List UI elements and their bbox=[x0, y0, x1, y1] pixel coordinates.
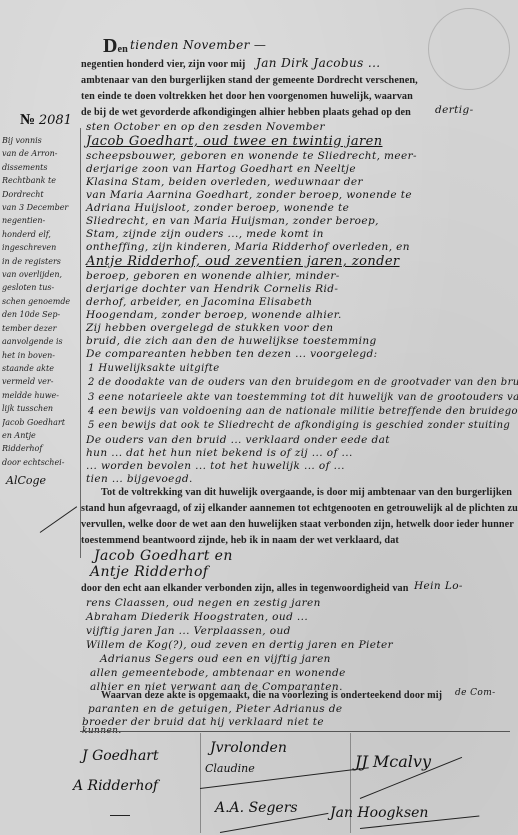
body-line: derhof, arbeider, en Jacomina Elisabeth bbox=[86, 296, 312, 308]
opening-line: Den bbox=[103, 35, 128, 58]
margin-line: het in boven- bbox=[2, 349, 78, 362]
declaration-line: tien ... bijgevoegd. bbox=[86, 473, 193, 485]
margin-line: en Antje bbox=[2, 429, 78, 442]
margin-line: dissements bbox=[2, 161, 78, 174]
witness-line: rens Claassen, oud negen en zestig jaren bbox=[86, 597, 321, 609]
margin-line: van de Arron- bbox=[2, 147, 78, 160]
declaration-line: hun ... dat het hun niet bekend is of zi… bbox=[86, 447, 353, 459]
body-line: beroep, geboren en wonende alhier, minde… bbox=[86, 270, 340, 282]
act-number-value: 2081 bbox=[39, 113, 72, 128]
body-line: Hoogendam, zonder beroep, wonende alhier… bbox=[86, 309, 342, 321]
item-number: 4 bbox=[88, 406, 95, 417]
header-line-4-hand: dertig- bbox=[435, 104, 474, 116]
body-line: scheepsbouwer, geboren en wonende te Sli… bbox=[86, 150, 417, 162]
margin-line: den 10de Sep- bbox=[2, 308, 78, 321]
item-1: 1 Huwelijksakte uitgifte bbox=[88, 363, 220, 374]
margin-line: staande akte bbox=[2, 362, 78, 375]
signature-witness-1-sub: Claudine bbox=[205, 762, 255, 775]
item-number: 5 bbox=[88, 420, 95, 431]
margin-line: aanvolgende is bbox=[2, 335, 78, 348]
body-line: Stam, zijnde zijn ouders ..., mede komt … bbox=[86, 228, 324, 240]
body-line: ontheffing, zijn kinderen, Maria Ridderh… bbox=[86, 241, 410, 253]
margin-line: Ridderhof bbox=[2, 442, 78, 455]
margin-line: Rechtbank te bbox=[2, 174, 78, 187]
witness-line: allen gemeentebode, ambtenaar en wonende bbox=[90, 667, 346, 679]
margin-line: vermeld ver- bbox=[2, 375, 78, 388]
margin-line: meldde huwe- bbox=[2, 389, 78, 402]
opening-rest: en bbox=[118, 44, 128, 55]
ceremony-line-1: Tot de voltrekking van dit huwelijk over… bbox=[101, 487, 512, 498]
margin-line: door echtschei- bbox=[2, 456, 78, 469]
date-handwritten: tienden November — bbox=[130, 38, 266, 52]
body-line: derjarige zoon van Hartog Goedhart en Ne… bbox=[86, 163, 356, 175]
margin-line: Bij vonnis bbox=[2, 134, 78, 147]
document-page: Den tienden November — negentien honderd… bbox=[0, 0, 518, 835]
body-line: sten October en op den zesden November bbox=[86, 121, 325, 133]
body-line-bride: Antje Ridderhof, oud zeventien jaren, zo… bbox=[86, 254, 400, 269]
opening-initial: D bbox=[103, 35, 118, 57]
declaration-line: De ouders van den bruid ... verklaard on… bbox=[86, 434, 390, 446]
ceremony-line-2: stand hun afgevraagd, of zij elkander aa… bbox=[81, 503, 518, 514]
signature-bride: A Ridderhof bbox=[73, 778, 158, 794]
item-number: 2 bbox=[88, 377, 95, 388]
margin-line: Dordrecht bbox=[2, 188, 78, 201]
ceremony-line-4: toestemmend beantwoord zijnde, heb ik in… bbox=[81, 535, 399, 546]
act-number-prefix: № bbox=[20, 112, 35, 128]
body-line: van Maria Aarnina Goedhart, zonder beroe… bbox=[86, 189, 412, 201]
item-text: Huwelijksakte uitgifte bbox=[98, 363, 219, 374]
item-text: eene notarieele akte van toestemming tot… bbox=[98, 392, 518, 403]
header-line-4: de bij de wet gevorderde afkondigingen a… bbox=[81, 107, 411, 118]
margin-signature: AlCoge bbox=[6, 474, 46, 487]
groom-name: Jacob Goedhart en bbox=[94, 548, 233, 564]
item-3: 3 eene notarieele akte van toestemming t… bbox=[88, 392, 518, 403]
witness-intro-hand: Hein Lo- bbox=[414, 580, 463, 592]
margin-line: van 3 December bbox=[2, 201, 78, 214]
item-5: 5 een bewijs dat ook te Sliedrecht de af… bbox=[88, 420, 510, 431]
declaration-line: ... worden bevolen ... tot het huwelijk … bbox=[86, 460, 345, 472]
signature-groom: J Goedhart bbox=[82, 748, 159, 764]
witness-line: Willem de Kog(?), oud zeven en dertig ja… bbox=[86, 639, 393, 651]
signature-column-divider bbox=[200, 733, 201, 833]
witness-line: vijftig jaren Jan ... Verplaassen, oud bbox=[86, 625, 291, 637]
closing-line-hand: de Com- bbox=[455, 688, 496, 698]
header-line-3: ten einde te doen voltrekken het door he… bbox=[81, 91, 413, 102]
item-number: 1 bbox=[88, 363, 95, 374]
ceremony-line-3: vervullen, welke door de wet aan den huw… bbox=[81, 519, 514, 530]
margin-line: lijk tusschen bbox=[2, 402, 78, 415]
signature-witness-1: Jvrolonden bbox=[210, 740, 287, 756]
margin-annotation: Bij vonnis van de Arron- dissements Rech… bbox=[2, 134, 78, 474]
item-4: 4 een bewijs van voldoening aan de natio… bbox=[88, 406, 518, 417]
margin-rule bbox=[80, 128, 81, 558]
margin-line: van overlijden, bbox=[2, 268, 78, 281]
header-line-2: ambtenaar van den burgerlijken stand der… bbox=[81, 75, 418, 86]
body-line: Klasina Stam, beiden overleden, weduwnaa… bbox=[86, 176, 363, 188]
bride-name: Antje Ridderhof bbox=[90, 564, 208, 580]
body-line: Sliedrecht, en van Maria Huijsman, zonde… bbox=[86, 215, 379, 227]
signature-witness-3: A.A. Segers bbox=[215, 800, 298, 816]
margin-line: Jacob Goedhart bbox=[2, 416, 78, 429]
body-line: Adriana Huijsloot, zonder beroep, wonend… bbox=[86, 202, 349, 214]
witness-line: Abraham Diederik Hoogstraten, oud ... bbox=[86, 611, 308, 623]
closing-line: Waarvan deze akte is opgemaakt, die na v… bbox=[101, 690, 442, 701]
margin-line: schen genoemde bbox=[2, 295, 78, 308]
item-number: 3 bbox=[88, 392, 95, 403]
item-text: een bewijs van voldoening aan de nationa… bbox=[98, 406, 518, 417]
closing-hand-line: paranten en de getuigen, Pieter Adrianus… bbox=[88, 703, 343, 715]
body-line: bruid, die zich aan den de huwelijkse to… bbox=[86, 335, 377, 347]
official-name: Jan Dirk Jacobus ... bbox=[256, 56, 381, 70]
body-line: Zij hebben overgelegd de stukken voor de… bbox=[86, 322, 333, 334]
signature-rule bbox=[80, 731, 510, 732]
body-line-groom: Jacob Goedhart, oud twee en twintig jare… bbox=[86, 134, 382, 149]
margin-line: in de registers bbox=[2, 255, 78, 268]
signature-witness-4: Jan Hoogksen bbox=[330, 805, 428, 821]
body-line: derjarige dochter van Hendrik Cornelis R… bbox=[86, 283, 338, 295]
item-text: de doodakte van de ouders van den bruide… bbox=[98, 377, 518, 388]
item-2: 2 de doodakte van de ouders van den brui… bbox=[88, 377, 518, 388]
margin-flourish bbox=[40, 506, 77, 533]
act-number: № 2081 bbox=[20, 112, 72, 129]
witness-line: Adrianus Segers oud een en vijftig jaren bbox=[100, 653, 331, 665]
signature-dash bbox=[110, 815, 130, 816]
item-text: een bewijs dat ook te Sliedrecht de afko… bbox=[98, 420, 510, 431]
embossed-seal bbox=[428, 8, 510, 90]
margin-line: tember dezer bbox=[2, 322, 78, 335]
header-line-1: negentien honderd vier, zijn voor mij bbox=[81, 59, 245, 70]
witness-intro: door den echt aan elkander verbonden zij… bbox=[81, 583, 408, 594]
margin-line: honderd elf, bbox=[2, 228, 78, 241]
margin-line: gesloten tus- bbox=[2, 281, 78, 294]
margin-line: ingeschreven bbox=[2, 241, 78, 254]
body-line: De compareanten hebben ten dezen ... voo… bbox=[86, 348, 378, 360]
margin-line: negentien- bbox=[2, 214, 78, 227]
